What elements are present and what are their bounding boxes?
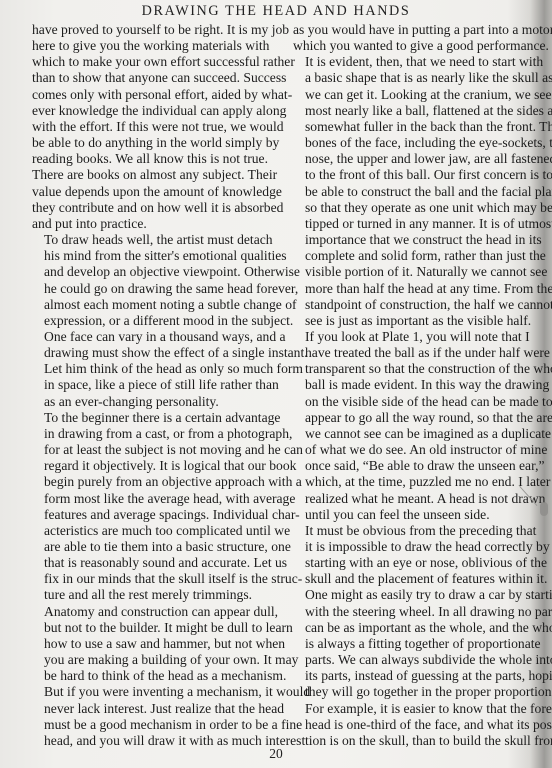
text-line: somewhat fuller in the back than the fro… <box>293 119 528 135</box>
text-line: and develop an objective viewpoint. Othe… <box>32 264 268 280</box>
text-line: drawing must show the effect of a single… <box>32 345 268 361</box>
text-line: have proved to yourself to be right. It … <box>32 22 268 38</box>
text-line: of what we do see. An old instructor of … <box>293 442 528 458</box>
text-line: One face can vary in a thousand ways, an… <box>32 329 268 345</box>
text-line: comes only with personal effort, aided b… <box>32 87 268 103</box>
text-line: how to use a saw and hammer, but not whe… <box>32 636 268 652</box>
text-line: Anatomy and construction can appear dull… <box>32 604 268 620</box>
page-edge-mark <box>540 502 548 516</box>
text-line: complete and solid form, rather than jus… <box>293 248 528 264</box>
text-line: tipped or turned in any manner. It is of… <box>293 216 528 232</box>
text-line: with the effort. If this were not true, … <box>32 119 268 135</box>
text-line: be able to construct the ball and the fa… <box>293 184 528 200</box>
text-line: realized what he meant. A head is not dr… <box>293 491 528 507</box>
text-line: form most like the average head, with av… <box>32 491 268 507</box>
paragraph: If you look at Plate 1, you will note th… <box>293 329 528 523</box>
text-line: they will go together in the proper prop… <box>293 684 528 700</box>
text-line: see is just as important as the visible … <box>293 313 528 329</box>
text-line: more than half the head at any time. Fro… <box>293 281 528 297</box>
text-line: have treated the ball as if the under ha… <box>293 345 528 361</box>
text-line: must be a good mechanism in order to be … <box>32 717 268 733</box>
text-line: once said, “Be able to draw the unseen e… <box>293 458 528 474</box>
text-line: almost each moment noting a subtle chang… <box>32 297 268 313</box>
text-line: nose, the upper and lower jaw, are all f… <box>293 151 528 167</box>
text-line: begin purely from an objective approach … <box>32 474 268 490</box>
text-line: they contribute and on how well it is ab… <box>32 200 268 216</box>
paragraph: To draw heads well, the artist must deta… <box>32 232 268 410</box>
text-line: It is evident, then, that we need to sta… <box>293 54 528 70</box>
text-line: There are books on almost any subject. T… <box>32 167 268 183</box>
right-column: as you would have in putting a part into… <box>293 22 528 749</box>
paragraph: Anatomy and construction can appear dull… <box>32 604 268 749</box>
text-line: but not to the builder. It might be dull… <box>32 620 268 636</box>
text-line: which you wanted to give a good performa… <box>293 38 528 54</box>
text-line: be hard to think of the head as a mechan… <box>32 668 268 684</box>
paragraph: It must be obvious from the preceding th… <box>293 523 528 749</box>
text-line: for at least the subject is not moving a… <box>32 442 268 458</box>
text-line: than to show that anyone can succeed. Su… <box>32 70 268 86</box>
text-line: as you would have in putting a part into… <box>293 22 528 38</box>
text-line: be able to do anything in the world simp… <box>32 135 268 151</box>
text-line: so that they operate as one unit which m… <box>293 200 528 216</box>
left-column: have proved to yourself to be right. It … <box>32 22 268 749</box>
text-line: which to make your own effort successful… <box>32 54 268 70</box>
text-line: To the beginner there is a certain advan… <box>32 410 268 426</box>
paragraph: have proved to yourself to be right. It … <box>32 22 268 232</box>
text-line: and put into practice. <box>32 216 268 232</box>
text-line: standpoint of construction, the half we … <box>293 297 528 313</box>
text-line: in drawing from a cast, or from a photog… <box>32 426 268 442</box>
text-line: value depends upon the amount of knowled… <box>32 184 268 200</box>
text-line: a basic shape that is as nearly like the… <box>293 70 528 86</box>
text-line: which, at the time, puzzled me no end. I… <box>293 474 528 490</box>
text-line: starting with an eye or nose, oblivious … <box>293 555 528 571</box>
text-line: can be as important as the whole, and th… <box>293 620 528 636</box>
text-line: If you look at Plate 1, you will note th… <box>293 329 528 345</box>
text-line: we cannot see can be imagined as a dupli… <box>293 426 528 442</box>
text-line: visible portion of it. Naturally we cann… <box>293 264 528 280</box>
text-line: fix in our minds that the skull itself i… <box>32 571 268 587</box>
text-line: features and average spacings. Individua… <box>32 507 268 523</box>
text-line: ball is made evident. In this way the dr… <box>293 377 528 393</box>
text-line: But if you were inventing a mechanism, i… <box>32 684 268 700</box>
paragraph: It is evident, then, that we need to sta… <box>293 54 528 329</box>
text-line: reading books. We all know this is not t… <box>32 151 268 167</box>
text-line: is always a fitting together of proporti… <box>293 636 528 652</box>
text-line: he could go on drawing the same head for… <box>32 281 268 297</box>
text-line: here to give you the working materials w… <box>32 38 268 54</box>
text-line: ture and all the rest merely trimmings. <box>32 587 268 603</box>
text-line: on the visible side of the head can be m… <box>293 394 528 410</box>
text-line: with the steering wheel. In all drawing … <box>293 604 528 620</box>
text-line: we can get it. Looking at the cranium, w… <box>293 87 528 103</box>
text-line: until you can feel the unseen side. <box>293 507 528 523</box>
text-line: in space, like a piece of still life rat… <box>32 377 268 393</box>
text-line: it is impossible to draw the head correc… <box>293 539 528 555</box>
paragraph: To the beginner there is a certain advan… <box>32 410 268 604</box>
book-page: DRAWING THE HEAD AND HANDS have proved t… <box>0 0 552 768</box>
text-line: to the front of this ball. Our first con… <box>293 167 528 183</box>
text-line: transparent so that the construction of … <box>293 361 528 377</box>
text-line: skull and the placement of features with… <box>293 571 528 587</box>
text-line: It must be obvious from the preceding th… <box>293 523 528 539</box>
text-line: regard it objectively. It is logical tha… <box>32 458 268 474</box>
text-line: that is reasonably sound and accurate. L… <box>32 555 268 571</box>
text-line: parts. We can always subdivide the whole… <box>293 652 528 668</box>
text-line: importance that we construct the head in… <box>293 232 528 248</box>
text-line: you are making a building of your own. I… <box>32 652 268 668</box>
text-line: appear to go all the way round, so that … <box>293 410 528 426</box>
running-head: DRAWING THE HEAD AND HANDS <box>0 3 552 20</box>
text-line: as an ever-changing personality. <box>32 394 268 410</box>
paragraph: as you would have in putting a part into… <box>293 22 528 54</box>
text-line: most nearly like a ball, flattened at th… <box>293 103 528 119</box>
text-line: To draw heads well, the artist must deta… <box>32 232 268 248</box>
text-line: his mind from the sitter's emotional qua… <box>32 248 268 264</box>
text-line: One might as easily try to draw a car by… <box>293 587 528 603</box>
page-number: 20 <box>0 746 552 762</box>
text-line: its parts, instead of guessing at the pa… <box>293 668 528 684</box>
text-line: bones of the face, including the eye-soc… <box>293 135 528 151</box>
text-line: acteristics are much too complicated unt… <box>32 523 268 539</box>
text-line: Let him think of the head as only so muc… <box>32 361 268 377</box>
text-line: expression, or a different mood in the s… <box>32 313 268 329</box>
text-line: are able to tie them into a basic struct… <box>32 539 268 555</box>
text-line: never lack interest. Just realize that t… <box>32 701 268 717</box>
text-line: head is one-third of the face, and what … <box>293 717 528 733</box>
text-line: ever knowledge the individual can apply … <box>32 103 268 119</box>
text-line: For example, it is easier to know that t… <box>293 701 528 717</box>
